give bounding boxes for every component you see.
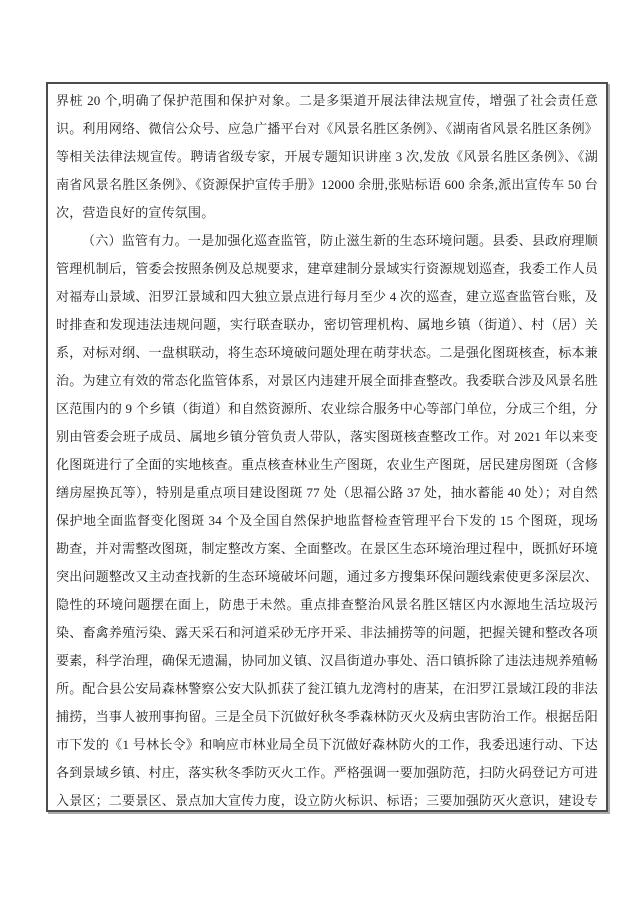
paragraph-continuation: 界桩 20 个,明确了保护范围和保护对象。二是多渠道开展法律法规宣传，增强了社会… [56, 87, 598, 227]
document-page: 界桩 20 个,明确了保护范围和保护对象。二是多渠道开展法律法规宣传，增强了社会… [0, 0, 636, 900]
table-cell: 界桩 20 个,明确了保护范围和保护对象。二是多渠道开展法律法规宣传，增强了社会… [46, 82, 608, 812]
paragraph-section-six-supervision: （六）监管有力。一是加强化巡查监管，防止滋生新的生态环境问题。县委、县政府理顺管… [56, 227, 598, 812]
